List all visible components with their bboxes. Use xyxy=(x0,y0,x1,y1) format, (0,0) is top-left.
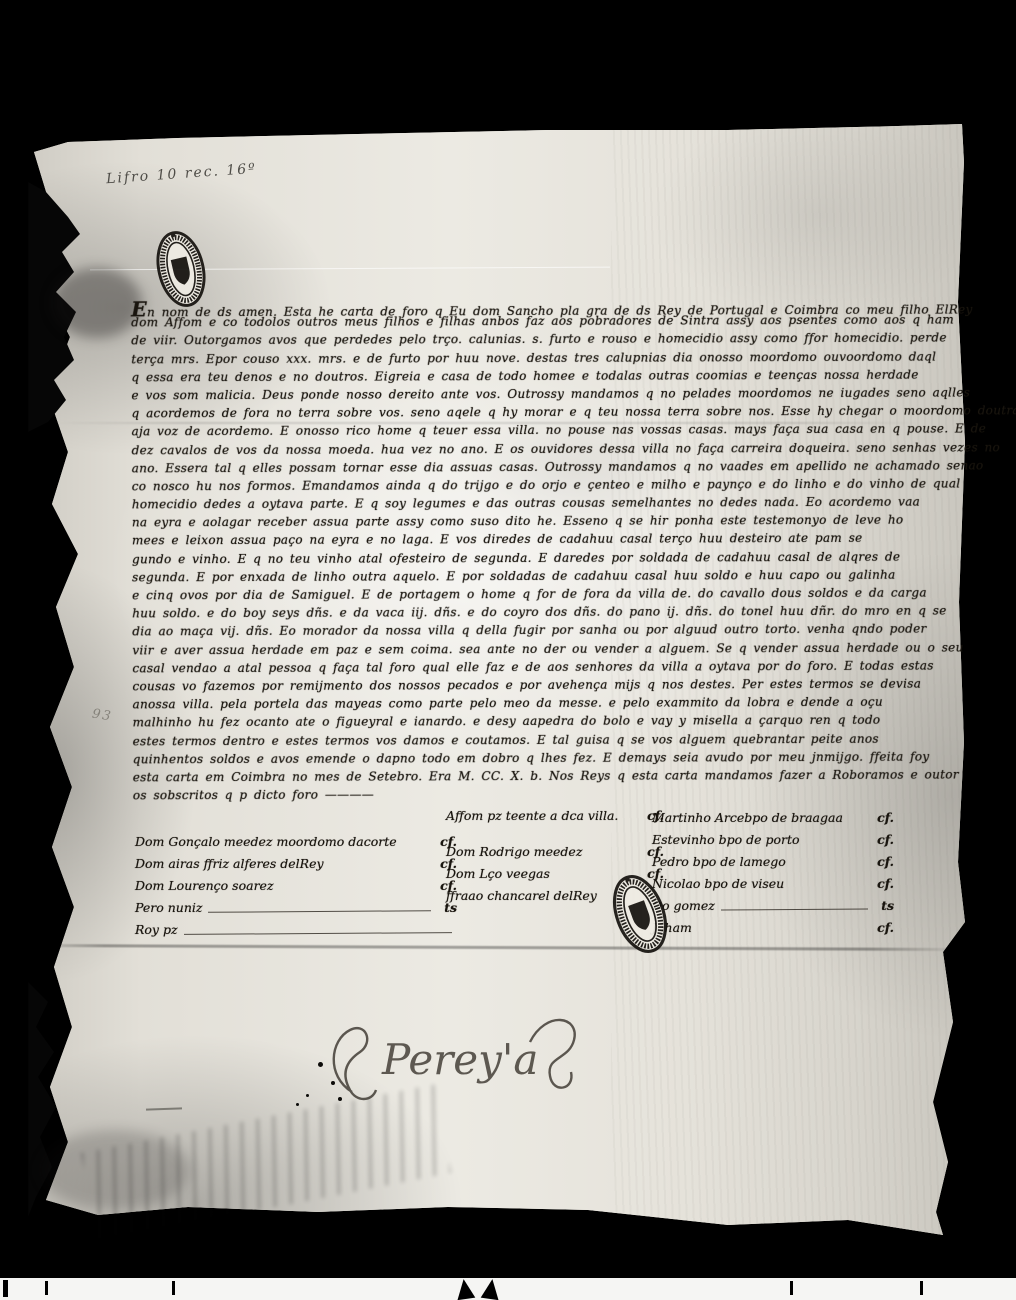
witness-row: Pero nunizts xyxy=(135,900,457,922)
ruler-tick xyxy=(45,1281,48,1295)
witness-col-right: Martinho Arcebpo de braagaacf.Estevinho … xyxy=(652,810,894,942)
ink-dot xyxy=(306,1094,309,1097)
witness-row: Estevinho bpo de portocf. xyxy=(652,832,894,854)
film-ruler xyxy=(0,1278,1016,1300)
witness-row: Dom Lourenço soarezcf. xyxy=(135,878,457,900)
ruler-tick xyxy=(172,1281,175,1295)
witness-row: Dom Gonçalo meedez moordomo dacortecf. xyxy=(135,834,457,856)
confirmation-mark: cf. xyxy=(877,810,894,825)
witness-name: Nicolao bpo de viseu xyxy=(652,876,784,891)
witness-name: Martinho Arcebpo de braagaa xyxy=(652,810,843,825)
confirmation-mark: ts xyxy=(881,898,894,913)
archivist-flourish: Perey'a xyxy=(318,1008,618,1118)
ruler-tick xyxy=(920,1281,923,1295)
witness-name: Estevinho bpo de porto xyxy=(652,832,800,847)
charter-body-text: En nom de ds amen. Esta he carta de foro… xyxy=(131,295,917,807)
ruler-arrow-icon xyxy=(455,1278,476,1300)
witness-leader-line xyxy=(184,932,452,935)
witness-name: Dom Gonçalo meedez moordomo dacorte xyxy=(135,834,397,849)
witness-leader-line xyxy=(208,910,431,913)
witness-name: Dom Lourenço soarez xyxy=(135,878,274,893)
confirmation-mark: cf. xyxy=(877,920,894,935)
witness-name: ffraao chancarel delRey xyxy=(446,888,597,903)
witness-row: Nicolao bpo de viseucf. xyxy=(652,876,894,898)
witness-name: Affom pz teente a dca villa. xyxy=(446,808,618,823)
margin-annotation: 93 xyxy=(91,706,114,724)
scan-viewport: { "document": { "kind": "Medieval royal … xyxy=(0,0,1016,1300)
witness-name: Dom Lço veegas xyxy=(446,866,550,881)
witness-name: Pedro bpo de lamego xyxy=(652,854,786,869)
ruler-tick xyxy=(790,1281,793,1295)
witness-row: Martinho Arcebpo de braagaacf. xyxy=(652,810,894,832)
witness-name: Dom Rodrigo meedez xyxy=(446,844,582,859)
witness-row: Dom Rodrigo meedezcf. xyxy=(446,844,664,866)
charter-text-line: os sobscritos q p dicto foro ———— xyxy=(133,786,917,807)
witness-row: Do gomezts xyxy=(652,898,894,920)
witness-name: Pero nuniz xyxy=(135,900,202,915)
witness-row: Affom pz teente a dca villa.cf. xyxy=(446,808,664,830)
witness-row: Roy pz xyxy=(135,922,457,944)
ink-dot xyxy=(296,1103,299,1106)
confirmation-mark: cf. xyxy=(877,832,894,847)
charter-body-lines: En nom de ds amen. Esta he carta de foro… xyxy=(131,295,917,807)
witness-row: Johamcf. xyxy=(652,920,894,942)
witness-row: Pedro bpo de lamegocf. xyxy=(652,854,894,876)
stain-blob xyxy=(40,1130,190,1210)
flourish-text: Perey'a xyxy=(381,1035,538,1084)
witness-col-left: Dom Gonçalo meedez moordomo dacortecf.Do… xyxy=(135,834,457,944)
ruler-tick xyxy=(3,1280,8,1297)
witness-name: Dom airas ffriz alferes delRey xyxy=(135,856,324,871)
witness-leader-line xyxy=(721,908,868,910)
stain-blob xyxy=(52,268,142,338)
witness-name: Roy pz xyxy=(135,922,178,937)
confirmation-mark: cf. xyxy=(877,876,894,891)
witness-row: Dom airas ffriz alferes delReycf. xyxy=(135,856,457,878)
ruler-arrow-icon xyxy=(481,1278,502,1300)
confirmation-mark: cf. xyxy=(877,854,894,869)
